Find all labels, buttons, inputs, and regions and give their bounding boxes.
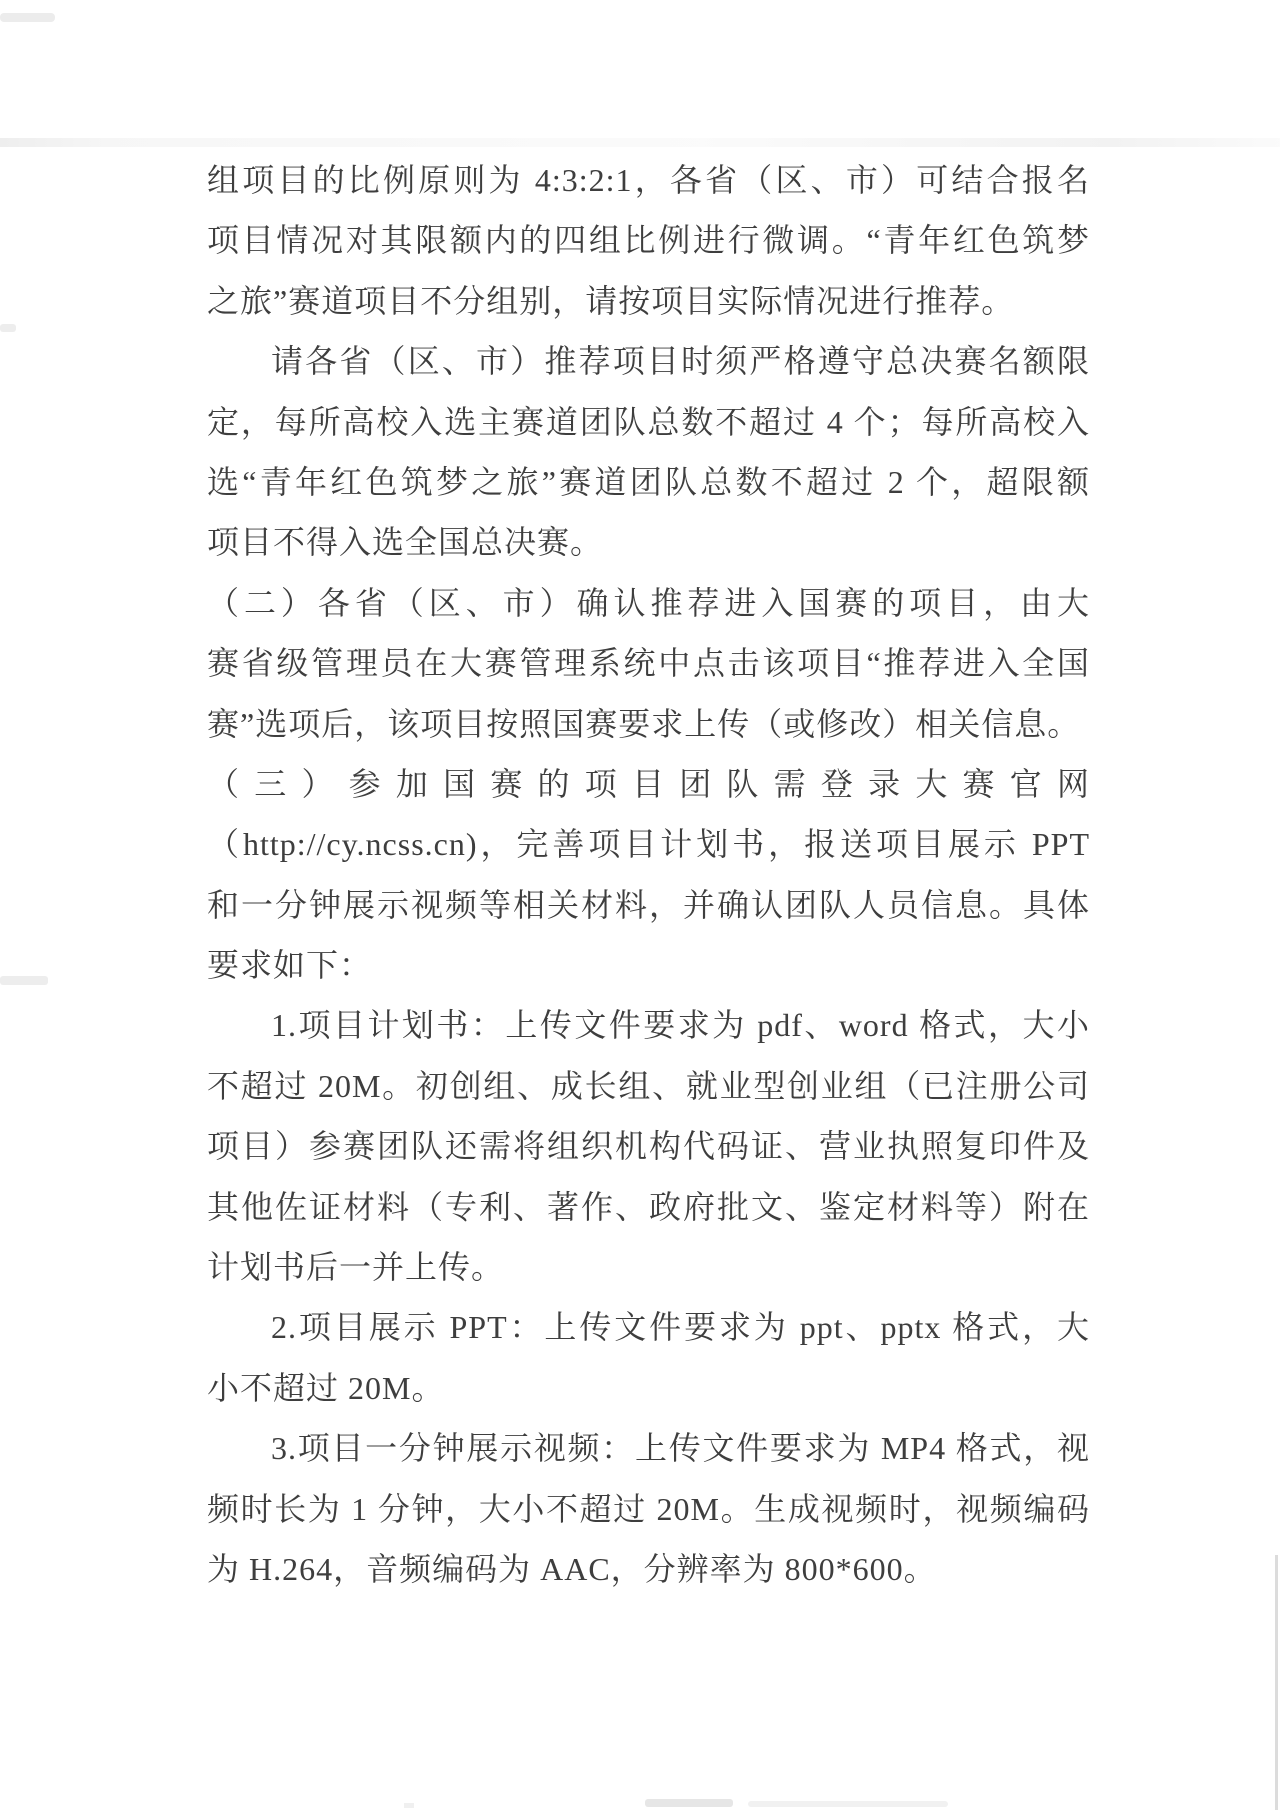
text-line: 赛省级管理员在大赛管理系统中点击该项目“推荐进入全国: [207, 633, 1090, 693]
scan-mark-left: [0, 324, 16, 332]
text-line: 3.项目一分钟展示视频：上传文件要求为 MP4 格式，视: [207, 1418, 1090, 1478]
text-line: 之旅”赛道项目不分组别，请按项目实际情况进行推荐。: [207, 271, 1090, 331]
scan-smudge-top-left: [0, 13, 55, 22]
text-line: （三）参加国赛的项目团队需登录大赛官网: [207, 754, 1090, 814]
text-line: 频时长为 1 分钟，大小不超过 20M。生成视频时，视频编码: [207, 1479, 1090, 1539]
text-line: 不超过 20M。初创组、成长组、就业型创业组（已注册公司: [207, 1056, 1090, 1116]
text-line: 1.项目计划书：上传文件要求为 pdf、word 格式，大小: [207, 995, 1090, 1055]
scan-edge-line: [1275, 1555, 1278, 1810]
document-text: 组项目的比例原则为 4:3:2:1，各省（区、市）可结合报名项目情况对其限额内的…: [207, 150, 1090, 1599]
text-line: 请各省（区、市）推荐项目时须严格遵守总决赛名额限: [207, 331, 1090, 391]
scan-streak: [0, 138, 1280, 147]
scan-mark-left: [0, 976, 48, 985]
text-line: 计划书后一并上传。: [207, 1237, 1090, 1297]
document-page: 组项目的比例原则为 4:3:2:1，各省（区、市）可结合报名项目情况对其限额内的…: [0, 0, 1280, 1810]
text-line: 要求如下：: [207, 935, 1090, 995]
scan-smudge-bottom: [404, 1803, 414, 1808]
text-line: 和一分钟展示视频等相关材料，并确认团队人员信息。具体: [207, 875, 1090, 935]
text-line: 小不超过 20M。: [207, 1358, 1090, 1418]
text-line: 定，每所高校入选主赛道团队总数不超过 4 个；每所高校入: [207, 392, 1090, 452]
scan-smudge-bottom: [645, 1799, 733, 1807]
text-line: 组项目的比例原则为 4:3:2:1，各省（区、市）可结合报名: [207, 150, 1090, 210]
text-line: 项目不得入选全国总决赛。: [207, 512, 1090, 572]
text-line: 项目情况对其限额内的四组比例进行微调。“青年红色筑梦: [207, 210, 1090, 270]
text-line: （http://cy.ncss.cn)，完善项目计划书，报送项目展示 PPT: [207, 814, 1090, 874]
text-line: 2.项目展示 PPT：上传文件要求为 ppt、pptx 格式，大: [207, 1297, 1090, 1357]
text-line: 为 H.264，音频编码为 AAC，分辨率为 800*600。: [207, 1539, 1090, 1599]
text-line: 其他佐证材料（专利、著作、政府批文、鉴定材料等）附在: [207, 1177, 1090, 1237]
text-line: 项目）参赛团队还需将组织机构代码证、营业执照复印件及: [207, 1116, 1090, 1176]
text-line: （二）各省（区、市）确认推荐进入国赛的项目，由大: [207, 573, 1090, 633]
scan-smudge-bottom: [748, 1801, 948, 1807]
text-line: 选“青年红色筑梦之旅”赛道团队总数不超过 2 个，超限额: [207, 452, 1090, 512]
text-line: 赛”选项后，该项目按照国赛要求上传（或修改）相关信息。: [207, 694, 1090, 754]
